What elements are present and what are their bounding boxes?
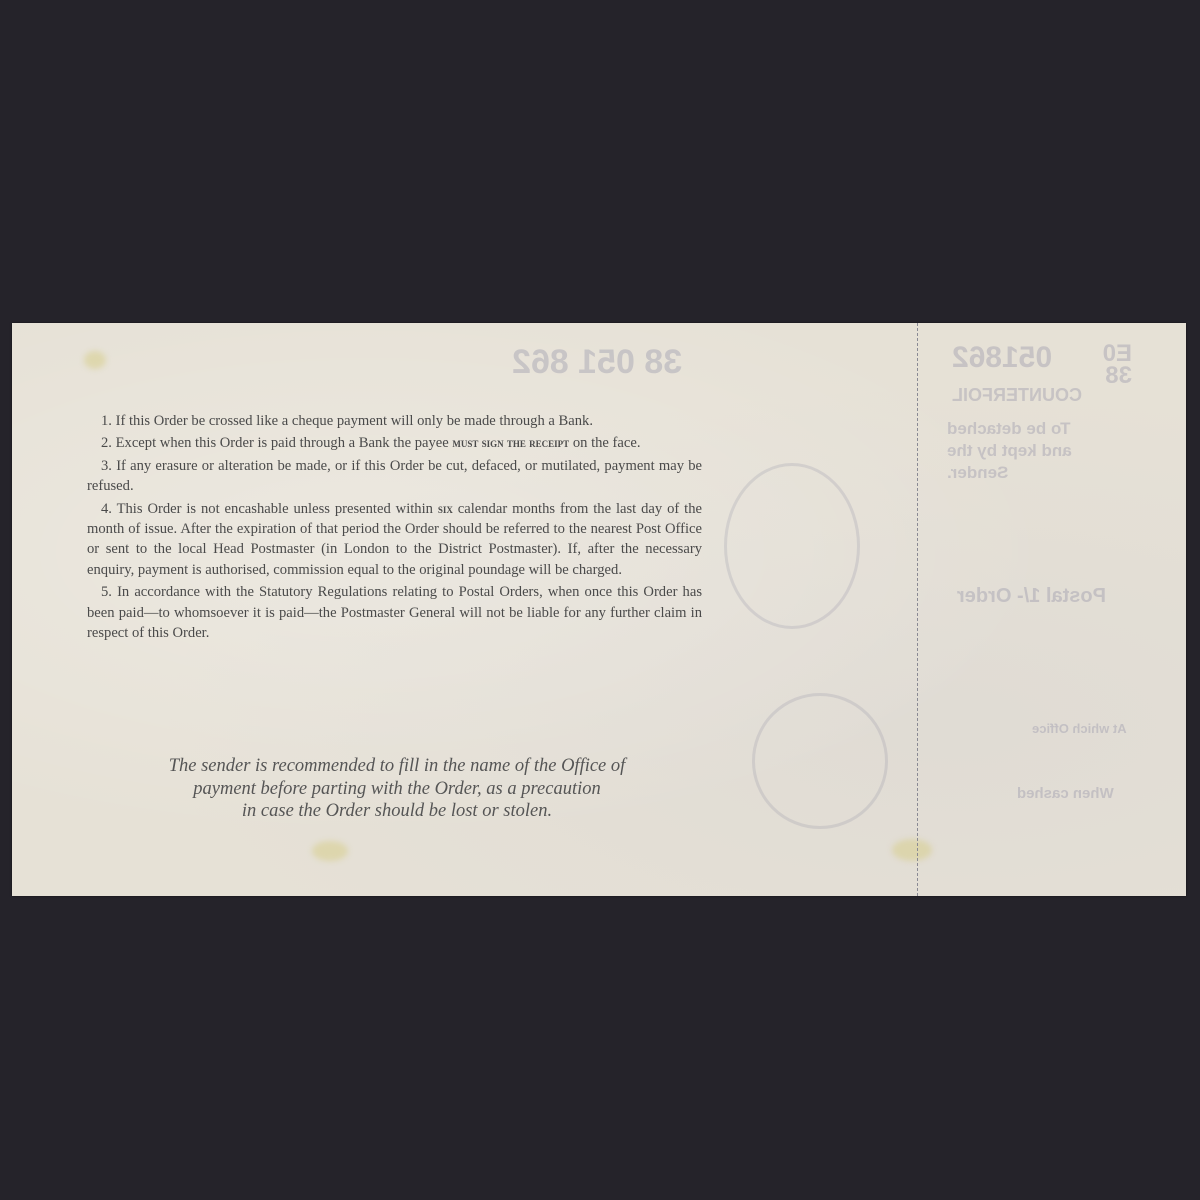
condition-number: 5. [101,584,112,600]
condition-text: If this Order be crossed like a cheque p… [116,413,593,429]
condition-3: 3. If any erasure or alteration be made,… [87,456,702,497]
ghost-portrait [724,463,860,629]
ghost-counterfoil-amount: Postal 1/- Order [957,585,1106,608]
conditions-list: 1. If this Order be crossed like a chequ… [87,411,702,645]
advice-line: The sender is recommended to fill in the… [87,755,707,778]
condition-text: In accordance with the Statutory Regulat… [87,584,702,641]
condition-number: 3. [101,458,112,474]
condition-number: 2. [101,435,112,451]
counterfoil-perforation [917,323,918,896]
ghost-counterfoil-heading: COUNTERFOIL [952,385,1082,406]
condition-text: on the face. [569,435,640,451]
ghost-counterfoil-note: To be detached and kept by the Sender. [947,418,1087,484]
condition-5: 5. In accordance with the Statutory Regu… [87,582,702,643]
ghost-when-cashed: When cashed [1017,785,1114,802]
sender-advice: The sender is recommended to fill in the… [87,755,707,823]
condition-text: If any erasure or alteration be made, or… [87,458,702,494]
condition-emphasis: six [438,501,453,516]
stain [312,841,348,861]
condition-text: This Order is not encashable unless pres… [117,501,438,517]
advice-line: in case the Order should be lost or stol… [87,800,707,823]
condition-2: 2. Except when this Order is paid throug… [87,433,702,453]
condition-number: 4. [101,501,112,517]
condition-1: 1. If this Order be crossed like a chequ… [87,411,702,431]
condition-number: 1. [101,413,112,429]
ghost-counterfoil-serial: 051862 [952,341,1052,375]
condition-text: Except when this Order is paid through a… [116,435,453,451]
ghost-emblem [752,693,888,829]
advice-line: payment before parting with the Order, a… [87,778,707,801]
condition-emphasis: must sign the receipt [452,435,569,450]
ghost-serial-main: 38 051 862 [512,343,682,382]
ghost-at-which-office: At which Office [1032,721,1127,736]
stain [84,351,106,369]
stain [892,839,932,861]
postal-order-back: 38 051 862 E0 38 051862 COUNTERFOIL To b… [12,323,1186,896]
condition-4: 4. This Order is not encashable unless p… [87,499,702,581]
ghost-counterfoil-prefix: E0 38 [1092,343,1132,387]
